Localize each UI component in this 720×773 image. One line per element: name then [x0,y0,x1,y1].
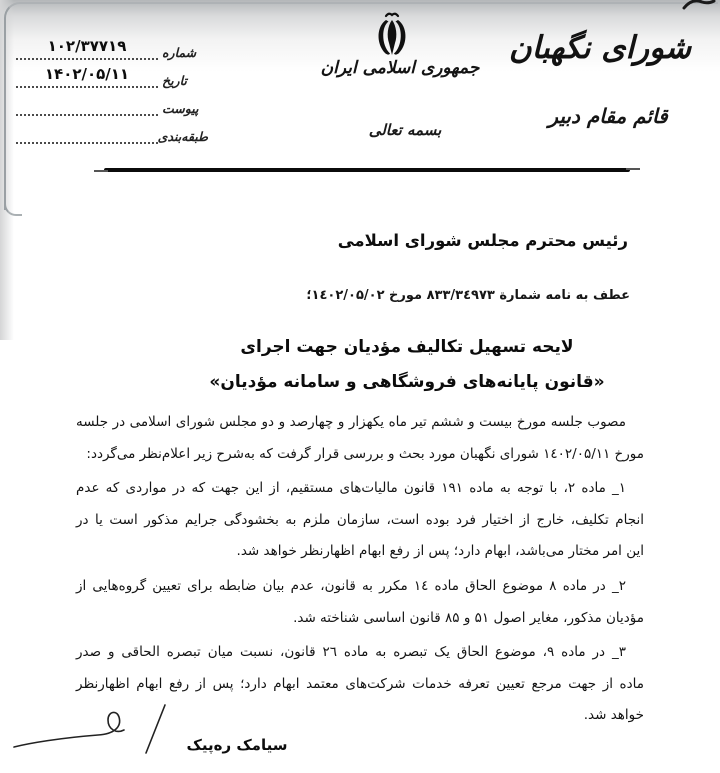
scan-left-shading [0,0,14,340]
signatory-name: سیامک ره‌پیک [182,736,292,754]
signature-mark-icon [10,697,180,757]
header-divider-rule [104,168,630,172]
subject-line-2: «قانون پایانه‌های فروشگاهی و سامانه مؤدی… [170,365,644,400]
basmala: بسمه تعالی [352,121,458,139]
meta-value-number: ۱۰۲/۳۷۷۱۹ [48,37,127,55]
meta-dotted-line: ۱۴۰۲/۰۵/۱۱ [16,64,158,88]
body-line: این امر مختار می‌باشد، ابهام دارد؛ پس از… [76,536,644,568]
body-line: مؤدیان مذکور، مغایر اصول ۵۱ و ۸۵ قانون ا… [76,603,644,635]
meta-dotted-line: ۱۰۲/۳۷۷۱۹ [16,36,158,60]
body-line: مورخ ۱٤۰۲/۰۵/۱۱ شورای نگهبان مورد بحث و … [76,439,644,471]
meta-row-attachment: پیوست [16,94,208,116]
scanned-letter-page: شورای نگهبان قائم مقام دبیر جمهوری اسلام… [0,0,720,773]
meta-label-number: شماره [158,45,208,60]
meta-value-date: ۱۴۰۲/۰۵/۱۱ [45,65,129,83]
body-line: ۲_ در ماده ۸ موضوع الحاق ماده ۱٤ مکرر به… [76,571,644,603]
org-title: شورای نگهبان [486,30,714,66]
addressee-line: رئیس محترم مجلس شورای اسلامی [338,231,628,250]
paragraph-intro: مصوب جلسه مورخ بیست و ششم تیر ماه یکهزار… [76,407,644,470]
meta-row-date: تاریخ ۱۴۰۲/۰۵/۱۱ [16,66,208,88]
meta-dotted-line [16,120,158,144]
cropped-calligraphy-mark-icon [682,0,716,10]
subject-line-1: لایحه تسهیل تکالیف مؤدیان جهت اجرای [170,330,644,365]
body-line: مصوب جلسه مورخ بیست و ششم تیر ماه یکهزار… [76,407,644,439]
iran-emblem-icon [370,12,414,58]
body-line: ماده از جهت مرجع تعیین تعرفه خدمات شرکت‌… [76,669,644,701]
subject-title: لایحه تسهیل تکالیف مؤدیان جهت اجرای «قان… [170,330,644,400]
meta-block: شماره ۱۰۲/۳۷۷۱۹ تاریخ ۱۴۰۲/۰۵/۱۱ پیوست ط… [16,38,208,150]
body-line: ۱_ ماده ۲، با توجه به ماده ۱۹۱ قانون مال… [76,473,644,505]
meta-label-classification: طبقه‌بندی [158,129,208,144]
paragraph-item-1: ۱_ ماده ۲، با توجه به ماده ۱۹۱ قانون مال… [76,473,644,568]
letter-body: مصوب جلسه مورخ بیست و ششم تیر ماه یکهزار… [76,407,644,735]
reference-line: عطف به نامه شمارة ۸۳۳/۳٤۹۷۳ مورخ ۱٤۰۲/۰۵… [306,288,630,303]
meta-label-attachment: پیوست [158,101,208,116]
meta-row-classification: طبقه‌بندی [16,122,208,144]
meta-row-number: شماره ۱۰۲/۳۷۷۱۹ [16,38,208,60]
state-name: جمهوری اسلامی ایران [316,58,484,78]
body-line: ۳_ در ماده ۹، موضوع الحاق یک تبصره به ما… [76,637,644,669]
page-edge-corner [4,196,22,216]
body-line: انجام تکلیف، خارج از اختیار فرد بوده است… [76,505,644,537]
meta-label-date: تاریخ [158,73,208,88]
org-subtitle: قائم مقام دبیر [528,104,688,128]
paragraph-item-2: ۲_ در ماده ۸ موضوع الحاق ماده ۱٤ مکرر به… [76,571,644,634]
meta-dotted-line [16,92,158,116]
